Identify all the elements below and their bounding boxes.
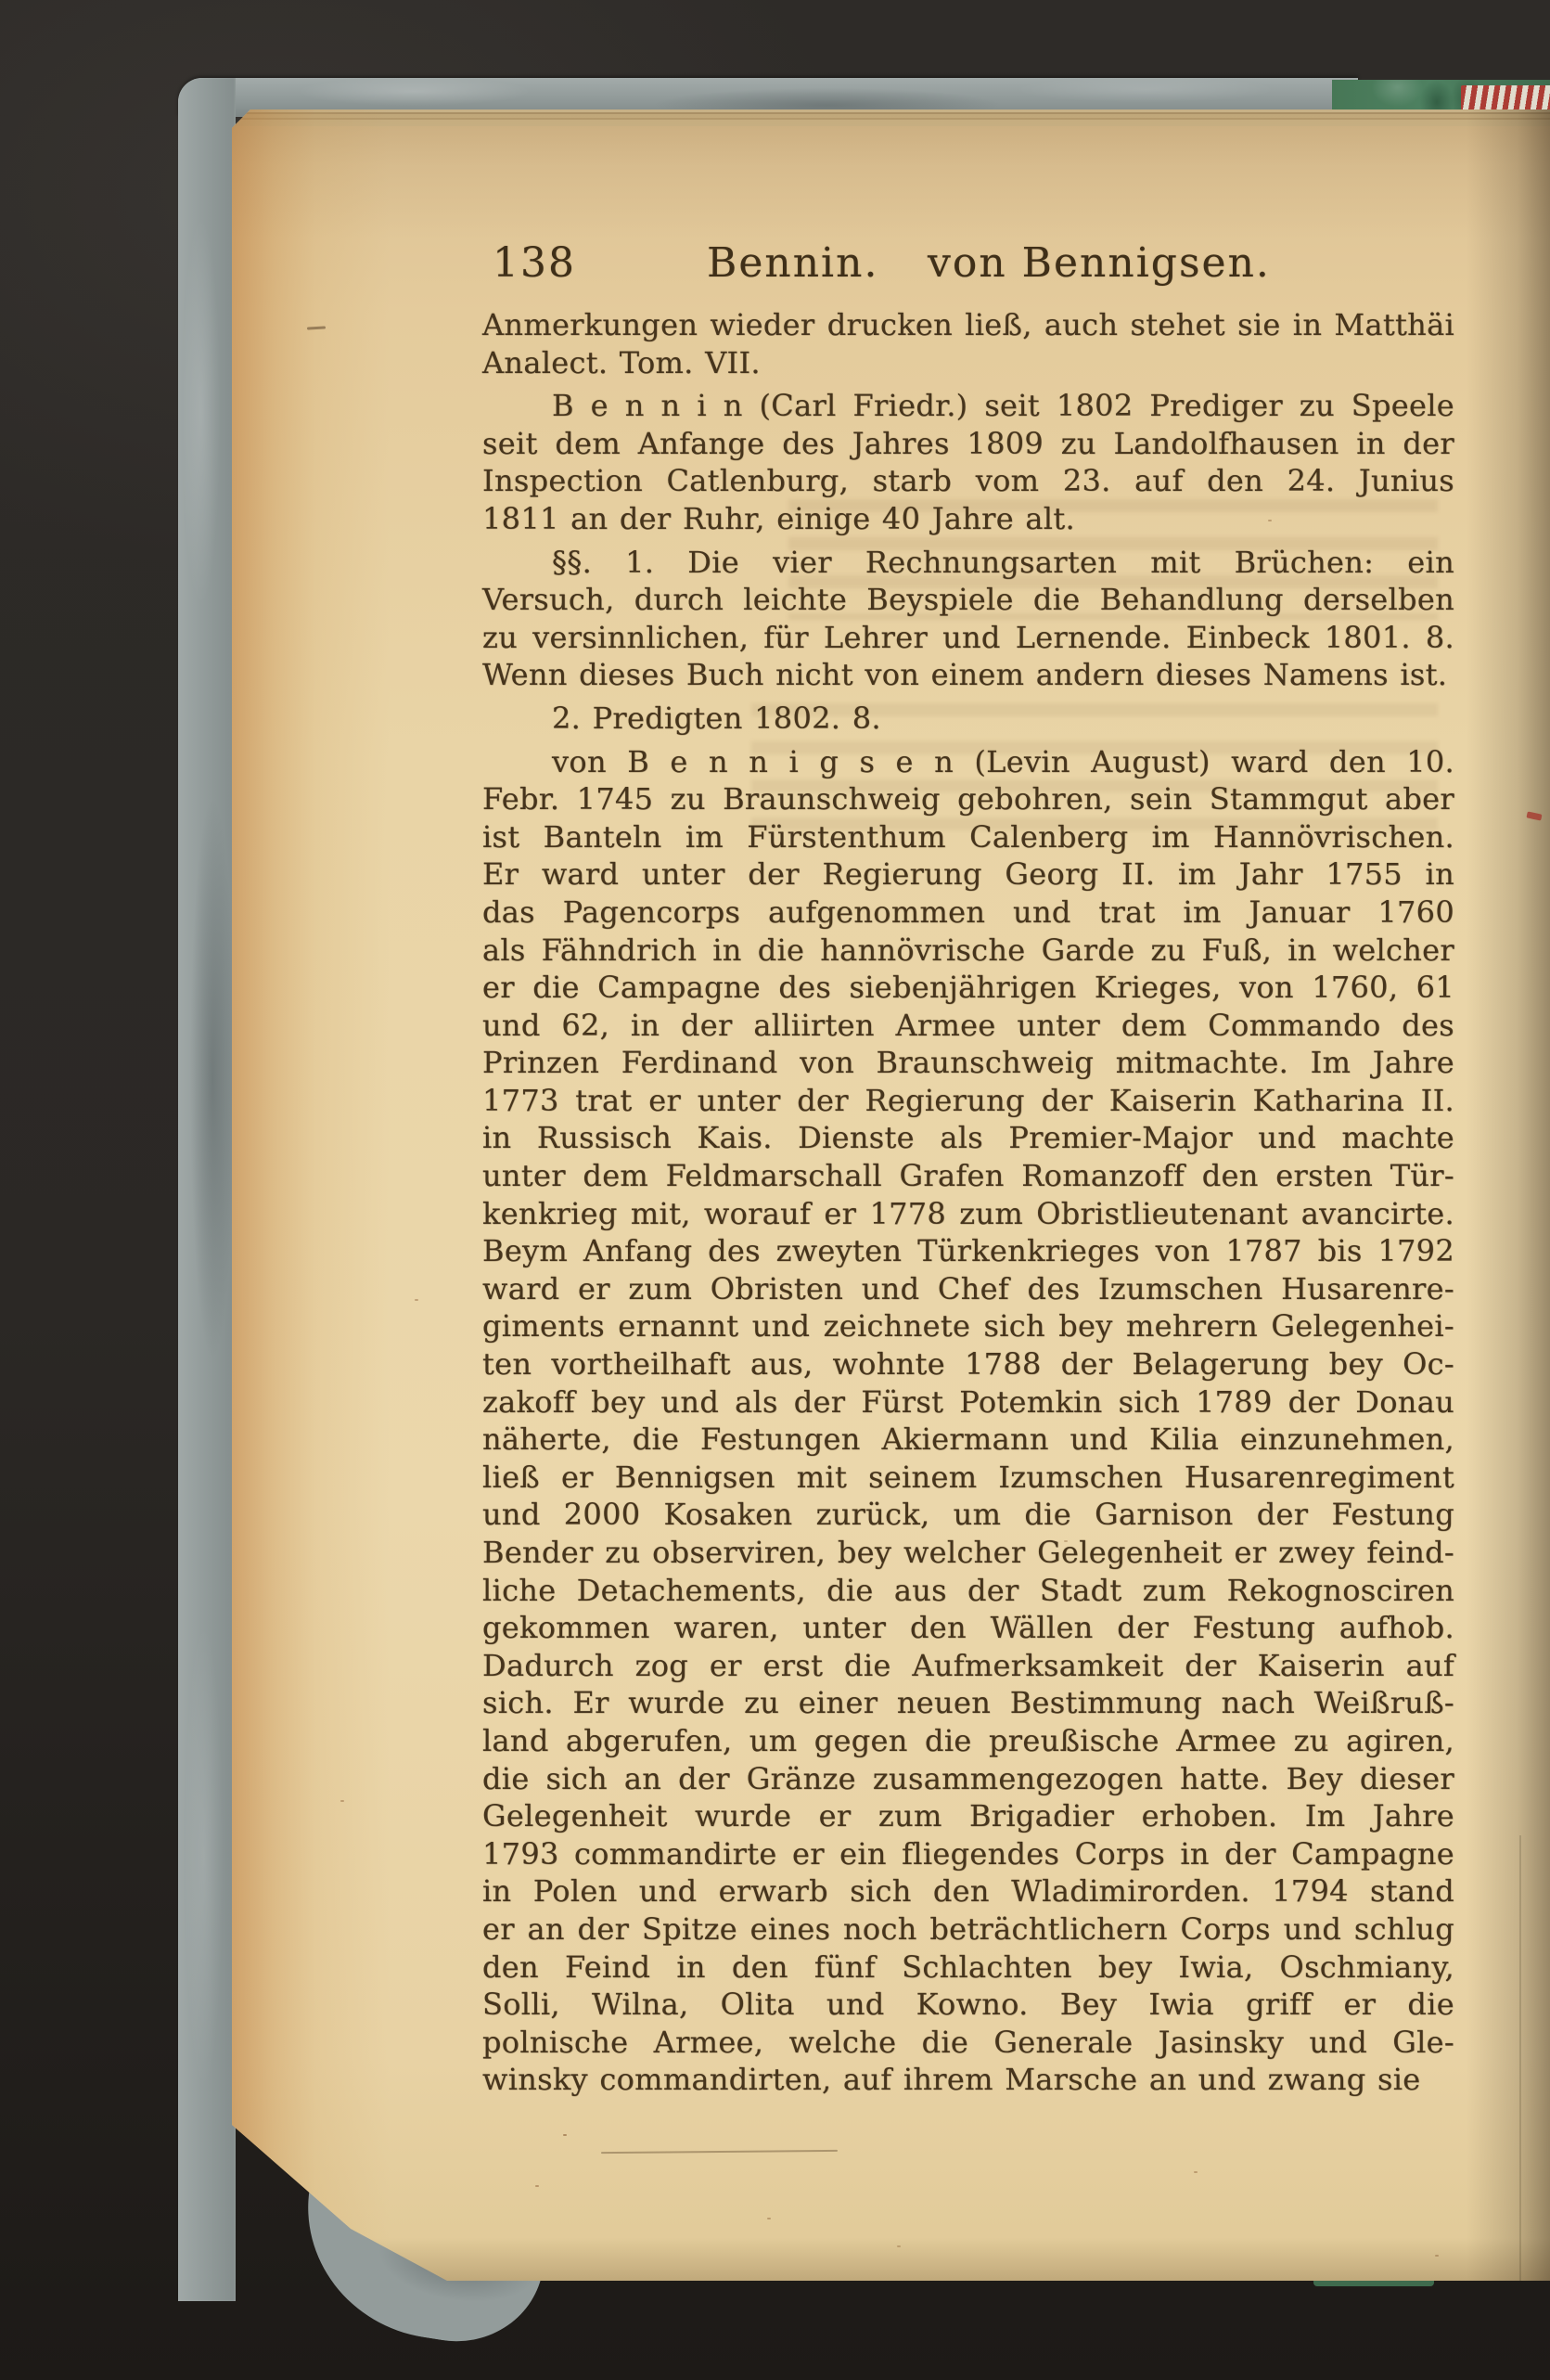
text-line: Febr. 1745 zu Braunschweig gebohren, sei… — [482, 780, 1454, 818]
text-line: Inspection Catlenburg, starb vom 23. auf… — [482, 462, 1454, 500]
text-line: und 2000 Kosaken zurück, um die Garnison… — [482, 1496, 1454, 1534]
text-line: Prinzen Ferdinand von Braunschweig mitma… — [482, 1044, 1454, 1082]
paragraph: 2. Predigten 1802. 8. — [482, 700, 1454, 738]
page-number: 138 — [493, 239, 576, 287]
text-line: sich. Er wurde zu einer neuen Bestimmung… — [482, 1684, 1454, 1722]
text-line: den Feind in den fünf Schlachten bey Iwi… — [482, 1949, 1454, 1987]
text-line: zu versinnlichen, für Lehrer und Lernend… — [482, 619, 1454, 657]
text-line: zakoff bey und als der Fürst Potemkin si… — [482, 1383, 1454, 1422]
paragraph: B e n n i n (Carl Friedr.) seit 1802 Pre… — [482, 387, 1454, 537]
text-line: polnische Armee, welche die Generale Jas… — [482, 2024, 1454, 2062]
text-line: er an der Spitze eines noch beträchtlich… — [482, 1910, 1454, 1949]
text-line: §§. 1. Die vier Rechnungsarten mit Brüch… — [482, 544, 1454, 582]
text-line: ließ er Bennigsen mit seinem Izumschen H… — [482, 1459, 1454, 1497]
text-line: in Russisch Kais. Dienste als Premier-Ma… — [482, 1119, 1454, 1157]
fore-edge-tint — [232, 109, 390, 2281]
paragraph: Anmerkungen wieder drucken ließ, auch st… — [482, 306, 1454, 381]
text-line: ward er zum Obristen und Chef des Izumsc… — [482, 1270, 1454, 1308]
running-head-left: Bennin. — [707, 239, 878, 287]
text-line: Analect. Tom. VII. — [482, 344, 1454, 382]
text-line: winsky commandirten, auf ihrem Marsche a… — [482, 2061, 1454, 2099]
text-line: Beym Anfang des zweyten Türkenkrieges vo… — [482, 1232, 1454, 1270]
text-line: kenkrieg mit, worauf er 1778 zum Obristl… — [482, 1195, 1454, 1233]
text-line: Dadurch zog er erst die Aufmerksamkeit d… — [482, 1647, 1454, 1685]
text-line: Versuch, durch leichte Beyspiele die Beh… — [482, 581, 1454, 619]
running-head: 138 Bennin. von Bennigsen. — [0, 239, 1550, 289]
text-line: Anmerkungen wieder drucken ließ, auch st… — [482, 306, 1454, 344]
text-line: und 62, in der alliirten Armee unter dem… — [482, 1007, 1454, 1045]
text-line: unter dem Feldmarschall Grafen Romanzoff… — [482, 1157, 1454, 1195]
page-body: Anmerkungen wieder drucken ließ, auch st… — [482, 306, 1454, 2099]
book-cover-left-edge — [178, 78, 236, 2301]
text-line: 1773 trat er unter der Regierung der Kai… — [482, 1082, 1454, 1120]
text-line: B e n n i n (Carl Friedr.) seit 1802 Pre… — [482, 387, 1454, 425]
text-line: von B e n n i g s e n (Levin August) war… — [482, 743, 1454, 781]
text-line: seit dem Anfange des Jahres 1809 zu Land… — [482, 425, 1454, 463]
text-line: land abgerufen, um gegen die preußische … — [482, 1722, 1454, 1760]
headband-red-white-stripes — [1461, 85, 1550, 113]
text-line: Solli, Wilna, Olita und Kowno. Bey Iwia … — [482, 1986, 1454, 2024]
text-line: liche Detachements, die aus der Stadt zu… — [482, 1572, 1454, 1610]
page-crease-line — [1519, 1835, 1521, 2281]
text-line: als Fähndrich in die hannövrische Garde … — [482, 932, 1454, 970]
text-line: näherte, die Festungen Akiermann und Kil… — [482, 1421, 1454, 1459]
running-head-right: von Bennigsen. — [928, 239, 1271, 287]
text-line: 2. Predigten 1802. 8. — [482, 700, 1454, 738]
text-line: die sich an der Gränze zusammengezogen h… — [482, 1760, 1454, 1798]
text-line: in Polen und erwarb sich den Wladimirord… — [482, 1872, 1454, 1910]
text-line: Bender zu observiren, bey welcher Gelege… — [482, 1534, 1454, 1572]
text-line: Wenn dieses Buch nicht von einem andern … — [482, 656, 1454, 694]
page-top-tint — [232, 109, 1550, 239]
text-line: gekommen waren, unter den Wällen der Fes… — [482, 1609, 1454, 1647]
paragraph: von B e n n i g s e n (Levin August) war… — [482, 743, 1454, 2099]
text-line: ten vortheilhaft aus, wohnte 1788 der Be… — [482, 1345, 1454, 1383]
paper-specks — [563, 2134, 567, 2136]
gutter-shadow — [1467, 109, 1550, 2281]
text-line: Er ward unter der Regierung Georg II. im… — [482, 856, 1454, 894]
paragraph: §§. 1. Die vier Rechnungsarten mit Brüch… — [482, 544, 1454, 694]
text-line: 1793 commandirte er ein fliegendes Corps… — [482, 1835, 1454, 1873]
text-line: Gelegenheit wurde er zum Brigadier erhob… — [482, 1797, 1454, 1835]
text-line: ist Banteln im Fürstenthum Calenberg im … — [482, 818, 1454, 856]
photo-background: 138 Bennin. von Bennigsen. Anmerkungen w… — [0, 0, 1550, 2380]
text-line: er die Campagne des siebenjährigen Krieg… — [482, 969, 1454, 1007]
text-line: giments ernannt und zeichnete sich bey m… — [482, 1307, 1454, 1345]
text-line: das Pagencorps aufgenommen und trat im J… — [482, 894, 1454, 932]
text-line: 1811 an der Ruhr, einige 40 Jahre alt. — [482, 500, 1454, 538]
